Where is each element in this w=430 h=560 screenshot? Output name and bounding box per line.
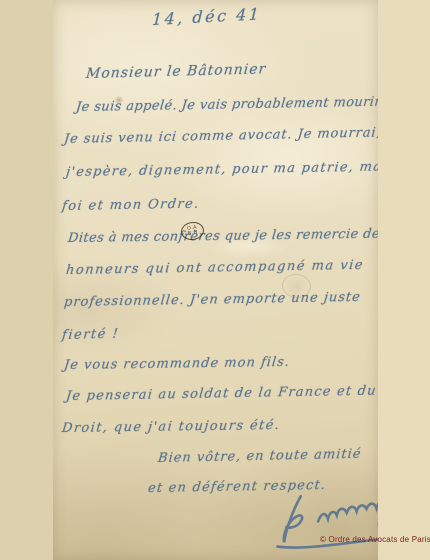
salutation-line: Monsieur le Bâtonnier	[85, 61, 267, 82]
handwriting-line: fierté !	[61, 326, 120, 343]
closing-line: Bien vôtre, en toute amitié	[157, 447, 362, 466]
handwriting-line: Droit, que j'ai toujours été.	[61, 418, 281, 436]
handwriting-line: Je suis venu ici comme avocat. Je mourra…	[63, 125, 378, 147]
handwriting-line: Je suis appelé. Je vais probablement mou…	[75, 95, 378, 115]
handwriting-line: Je vous recommande mon fils.	[63, 355, 291, 373]
handwriting-line: honneurs qui ont accompagné ma vie	[65, 258, 365, 278]
letter-photograph: 14, déc 41 Monsieur le Bâtonnier Je suis…	[0, 0, 430, 560]
handwriting-line: foi et mon Ordre.	[61, 197, 200, 214]
handwriting-line: Je penserai au soldat de la France et du	[65, 384, 377, 404]
handwriting-line: professionnelle. J'en emporte une juste	[63, 290, 361, 310]
handwriting-line: Dites à mes confrères que je les remerci…	[67, 227, 378, 246]
background-strip-right	[378, 0, 430, 560]
copyright-credit: © Ordre des Avocats de Paris	[320, 535, 430, 544]
handwriting-line: j'espère, dignement, pour ma patrie, ma	[65, 159, 378, 180]
oval-stamp-text-bottom: B.H	[188, 230, 198, 236]
letter-paper: 14, déc 41 Monsieur le Bâtonnier Je suis…	[53, 0, 378, 560]
date-line: 14, déc 41	[152, 4, 263, 29]
